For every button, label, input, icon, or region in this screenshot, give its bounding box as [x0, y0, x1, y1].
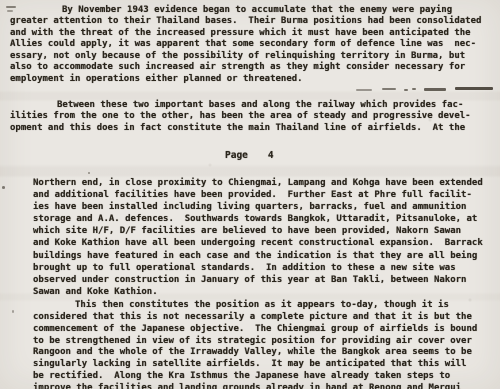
- scan-artifact-dash: [412, 88, 416, 90]
- paragraph-railway-between-bases: Between these two important bases and al…: [10, 100, 471, 134]
- scan-artifact-speck: [12, 310, 14, 313]
- scan-artifact-speck: [88, 172, 90, 174]
- scan-artifact-dash: [382, 88, 396, 90]
- paragraph-position-today: This then constitutes the position as it…: [33, 300, 477, 389]
- paragraph-northern-airfields: Northern end, in close proximity to Chie…: [33, 177, 483, 298]
- page-number-heading: Page 4: [225, 150, 274, 161]
- scan-artifact-dash: [356, 89, 372, 91]
- page-number-value: 4: [268, 150, 274, 161]
- scanned-document-page: By November 1943 evidence began to accum…: [0, 0, 500, 389]
- scan-artifact-dash: [455, 87, 493, 90]
- paragraph-burma-consolidation: By November 1943 evidence began to accum…: [10, 5, 481, 85]
- scan-artifact-dash: [404, 89, 408, 91]
- page-label: Page: [225, 150, 248, 161]
- scan-artifact-speck: [2, 186, 5, 189]
- scan-artifact-dash: [424, 88, 446, 91]
